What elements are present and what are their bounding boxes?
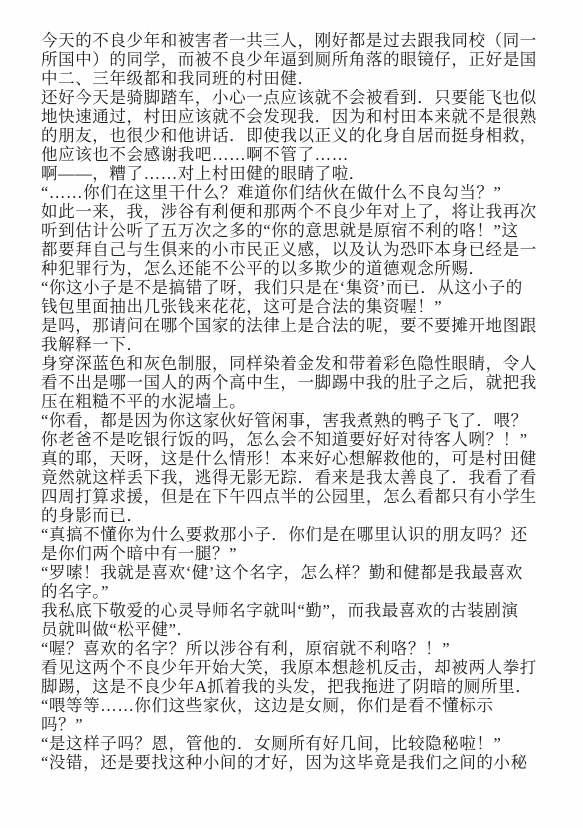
text-line: 真的耶，天呀，这是什么情形！本来好心想解救他的，可是村田健: [41, 449, 553, 468]
text-line: 竟然就这样丢下我，逃得无影无踪．看来是我太善良了．我看了看: [41, 468, 553, 487]
text-line: “没错，还是要找这种小间的才好，因为这毕竟是我们之间的小秘: [41, 753, 553, 772]
text-line: “真搞不懂你为什么要救那小子．你们是在哪里认识的朋友吗？还: [41, 525, 553, 544]
text-line: 种犯罪行为，怎么还能不公平的以多欺少的道德观念所赐．: [41, 259, 553, 278]
text-line: 的身影而已．: [41, 506, 553, 525]
text-line: 是你们两个暗中有一腿？”: [41, 544, 553, 563]
text-block: 今天的不良少年和被害者一共三人，刚好都是过去跟我同校（同一所国中）的同学，而被不…: [41, 31, 553, 772]
text-line: “是这样子吗？恩，管他的．女厕所有好几间，比较隐秘啦！”: [41, 734, 553, 753]
text-line: “罗嗦！我就是喜欢‘健’这个名字，怎么样？勤和健都是我最喜欢: [41, 563, 553, 582]
text-line: 还好今天是骑脚踏车，小心一点应该就不会被看到．只要能飞也似: [41, 88, 553, 107]
text-line: 员就叫做“松平健”．: [41, 620, 553, 639]
text-line: 的名字。”: [41, 582, 553, 601]
text-line: 看见这两个不良少年开始大笑，我原本想趁机反击，却被两人拳打: [41, 658, 553, 677]
text-line: 看不出是哪一国人的两个高中生，一脚踢中我的肚子之后，就把我: [41, 373, 553, 392]
text-line: 脚踢，这是不良少年A抓着我的头发，把我拖进了阴暗的厕所里．: [41, 677, 553, 696]
text-line: 身穿深蓝色和灰色制服，同样染着金发和带着彩色隐性眼睛，令人: [41, 354, 553, 373]
text-line: “你看，都是因为你这家伙好管闲事，害我煮熟的鸭子飞了．喂？: [41, 411, 553, 430]
text-line: 钱包里面抽出几张钱来花花，这可是合法的集资喔！”: [41, 297, 553, 316]
document-page: 今天的不良少年和被害者一共三人，刚好都是过去跟我同校（同一所国中）的同学，而被不…: [0, 0, 583, 828]
text-line: 如此一来，我，涉谷有利便和那两个不良少年对上了，将让我再次: [41, 202, 553, 221]
text-line: 啊——，糟了……对上村田健的眼睛了啦．: [41, 164, 553, 183]
text-line: 压在粗糙不平的水泥墙上。: [41, 392, 553, 411]
text-line: 我私底下敬爱的心灵导师名字就叫“勤”，而我最喜欢的古装剧演: [41, 601, 553, 620]
text-line: 的朋友，也很少和他讲话．即使我以正义的化身自居而挺身相救，: [41, 126, 553, 145]
text-line: “……你们在这里干什么？难道你们结伙在做什么不良勾当？”: [41, 183, 553, 202]
text-line: 地快速通过，村田应该就不会发现我．因为和村田本来就不是很熟: [41, 107, 553, 126]
text-line: 你老爸不是吃银行饭的吗，怎么会不知道要好好对待客人咧？！”: [41, 430, 553, 449]
text-line: 所国中）的同学，而被不良少年逼到厕所角落的眼镜仔，正好是国: [41, 50, 553, 69]
text-line: 四周打算求援，但是在下午四点半的公园里，怎么看都只有小学生: [41, 487, 553, 506]
text-line: 他应该也不会感谢我吧……啊不管了……: [41, 145, 553, 164]
text-line: 今天的不良少年和被害者一共三人，刚好都是过去跟我同校（同一: [41, 31, 553, 50]
text-line: 是吗，那请问在哪个国家的法律上是合法的呢，要不要摊开地图跟: [41, 316, 553, 335]
text-line: “喔？喜欢的名字？所以涉谷有利，原宿就不利咯？！”: [41, 639, 553, 658]
text-line: 都要拜自己与生俱来的小市民正义感，以及认为恐吓本身已经是一: [41, 240, 553, 259]
text-line: “喂等等……你们这些家伙，这边是女厕，你们是看不懂标示: [41, 696, 553, 715]
text-line: 吗？”: [41, 715, 553, 734]
text-line: “你这小子是不是搞错了呀，我们只是在‘集资’而已．从这小子的: [41, 278, 553, 297]
text-line: 中二、三年级都和我同班的村田健．: [41, 69, 553, 88]
text-line: 听到估计公听了五万次之多的“你的意思就是原宿不利的咯！”这: [41, 221, 553, 240]
text-line: 我解释一下．: [41, 335, 553, 354]
